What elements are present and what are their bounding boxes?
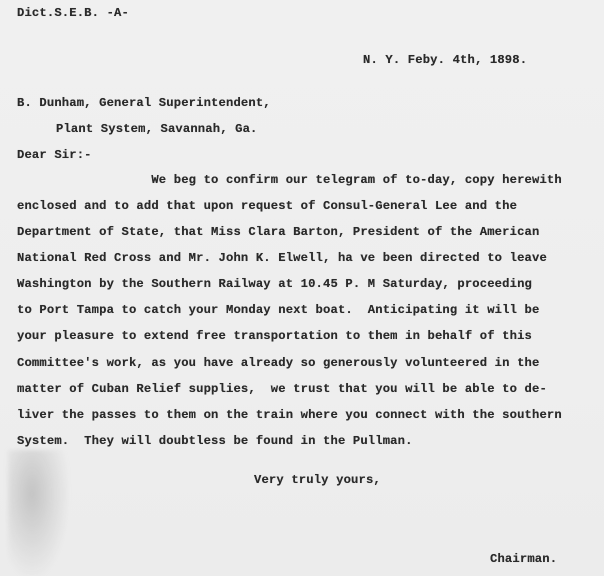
body-line: Washington by the Southern Railway at 10…	[17, 277, 532, 291]
body-line: We beg to confirm our telegram of to-day…	[17, 173, 562, 187]
body-line: Department of State, that Miss Clara Bar…	[17, 225, 539, 239]
body-line: System. They will doubtless be found in …	[17, 434, 413, 448]
body-line: Committee's work, as you have already so…	[17, 356, 539, 370]
salutation: Dear Sir:-	[17, 148, 92, 162]
body-line: your pleasure to extend free transportat…	[17, 329, 532, 343]
body-line: enclosed and to add that upon request of…	[17, 199, 517, 213]
dictation-reference: Dict.S.E.B. -A-	[17, 6, 129, 20]
closing: Very truly yours,	[254, 473, 381, 487]
body-line: National Red Cross and Mr. John K. Elwel…	[17, 251, 547, 265]
recipient-line-1: B. Dunham, General Superintendent,	[17, 96, 271, 110]
signature-title: Chairman.	[490, 552, 557, 566]
dateline: N. Y. Feby. 4th, 1898.	[363, 53, 527, 67]
letter-page: Dict.S.E.B. -A- N. Y. Feby. 4th, 1898. B…	[0, 0, 604, 576]
recipient-line-2: Plant System, Savannah, Ga.	[56, 122, 258, 136]
body-line: matter of Cuban Relief supplies, we trus…	[17, 382, 547, 396]
paper-stain	[8, 450, 68, 576]
body-line: to Port Tampa to catch your Monday next …	[17, 303, 539, 317]
body-line: liver the passes to them on the train wh…	[17, 408, 562, 422]
